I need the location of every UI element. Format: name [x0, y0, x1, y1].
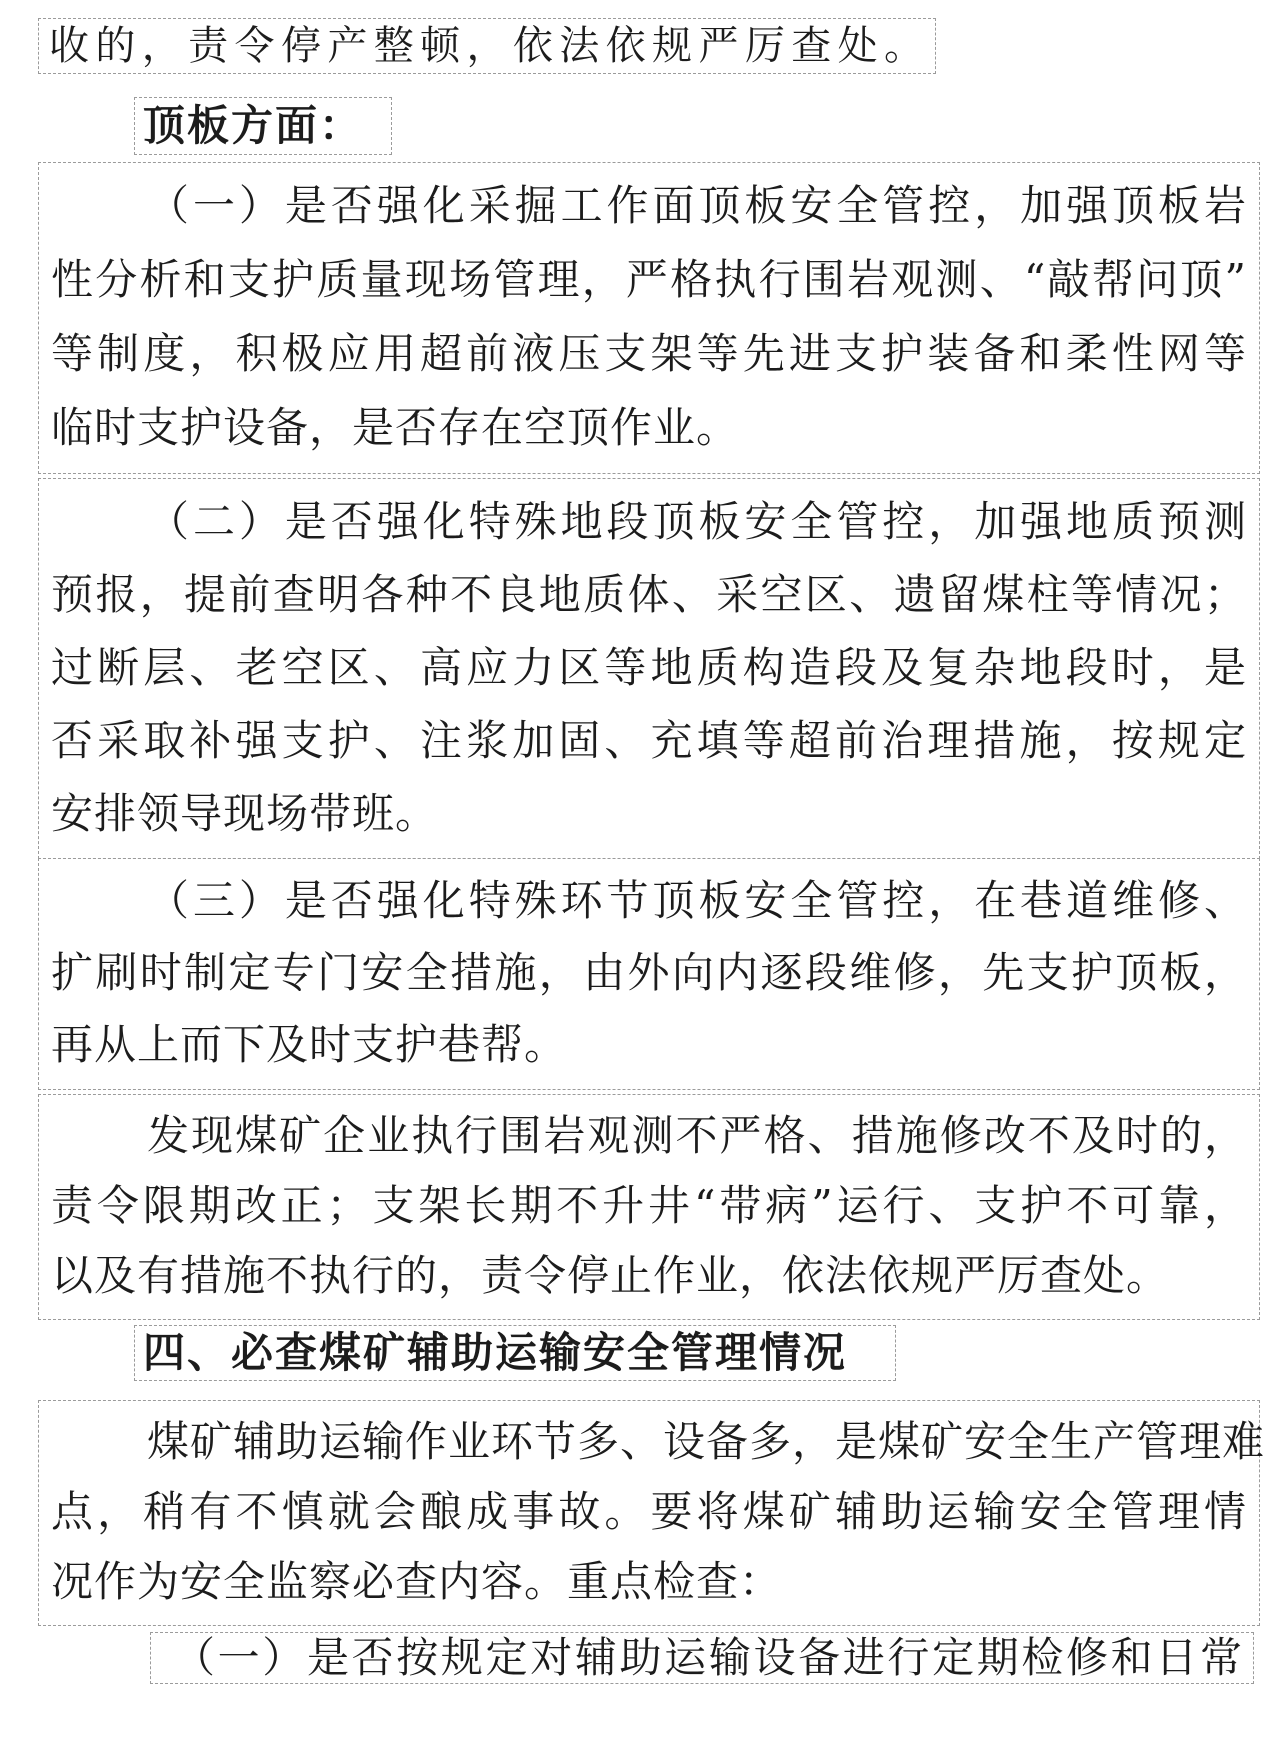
paragraph-block-3: （三）是否强化特殊环节顶板安全管控，在巷道维修、 扩刷时制定专门安全措施，由外向…	[38, 858, 1260, 1090]
subheading-text: 顶板方面：	[143, 102, 383, 150]
paragraph-line: 临时支护设备，是否存在空顶作业。	[51, 391, 1247, 465]
paragraph-block-1: （一）是否强化采掘工作面顶板安全管控，加强顶板岩 性分析和支护质量现场管理，严格…	[38, 162, 1260, 474]
paragraph-line: 扩刷时制定专门安全措施，由外向内逐段维修，先支护顶板，	[51, 937, 1247, 1009]
paragraph-line: 收的，责令停产整顿，依法依规严厉查处。	[49, 22, 925, 70]
text-block-continuation: 收的，责令停产整顿，依法依规严厉查处。	[38, 18, 936, 74]
paragraph-line: （三）是否强化特殊环节顶板安全管控，在巷道维修、	[51, 865, 1247, 937]
paragraph-line: 预报，提前查明各种不良地质体、采空区、遗留煤柱等情况；	[51, 558, 1247, 631]
paragraph-block-item-1-partial: （一）是否按规定对辅助运输设备进行定期检修和日常	[150, 1632, 1254, 1684]
paragraph-line: 点，稍有不慎就会酿成事故。要将煤矿辅助运输安全管理情	[51, 1477, 1247, 1547]
section-heading-4: 四、必查煤矿辅助运输安全管理情况	[134, 1325, 896, 1381]
paragraph-line: （一）是否强化采掘工作面顶板安全管控，加强顶板岩	[51, 169, 1247, 243]
paragraph-line: 煤矿辅助运输作业环节多、设备多，是煤矿安全生产管理难	[51, 1407, 1247, 1477]
paragraph-line: （二）是否强化特殊地段顶板安全管控，加强地质预测	[51, 485, 1247, 558]
paragraph-line: 发现煤矿企业执行围岩观测不严格、措施修改不及时的，	[51, 1101, 1247, 1171]
paragraph-line: 以及有措施不执行的，责令停止作业，依法依规严厉查处。	[51, 1241, 1247, 1311]
section-heading-text: 四、必查煤矿辅助运输安全管理情况	[143, 1330, 887, 1376]
document-page: 收的，责令停产整顿，依法依规严厉查处。 顶板方面： （一）是否强化采掘工作面顶板…	[0, 0, 1280, 1740]
paragraph-line: 等制度，积极应用超前液压支架等先进支护装备和柔性网等	[51, 317, 1247, 391]
paragraph-line: （一）是否按规定对辅助运输设备进行定期检修和日常	[161, 1636, 1243, 1680]
paragraph-line: 安排领导现场带班。	[51, 777, 1247, 850]
paragraph-line: 责令限期改正；支架长期不升井“带病”运行、支护不可靠，	[51, 1171, 1247, 1241]
paragraph-line: 性分析和支护质量现场管理，严格执行围岩观测、“敲帮问顶”	[51, 243, 1247, 317]
paragraph-block-2: （二）是否强化特殊地段顶板安全管控，加强地质预测 预报，提前查明各种不良地质体、…	[38, 478, 1260, 859]
paragraph-line: 况作为安全监察必查内容。重点检查：	[51, 1547, 1247, 1617]
paragraph-line: 过断层、老空区、高应力区等地质构造段及复杂地段时，是	[51, 631, 1247, 704]
paragraph-line: 否采取补强支护、注浆加固、充填等超前治理措施，按规定	[51, 704, 1247, 777]
paragraph-line: 再从上而下及时支护巷帮。	[51, 1009, 1247, 1081]
subheading-roof-aspects: 顶板方面：	[134, 97, 392, 155]
paragraph-block-enforcement: 发现煤矿企业执行围岩观测不严格、措施修改不及时的， 责令限期改正；支架长期不升井…	[38, 1094, 1260, 1320]
paragraph-block-aux-transport: 煤矿辅助运输作业环节多、设备多，是煤矿安全生产管理难 点，稍有不慎就会酿成事故。…	[38, 1400, 1260, 1626]
